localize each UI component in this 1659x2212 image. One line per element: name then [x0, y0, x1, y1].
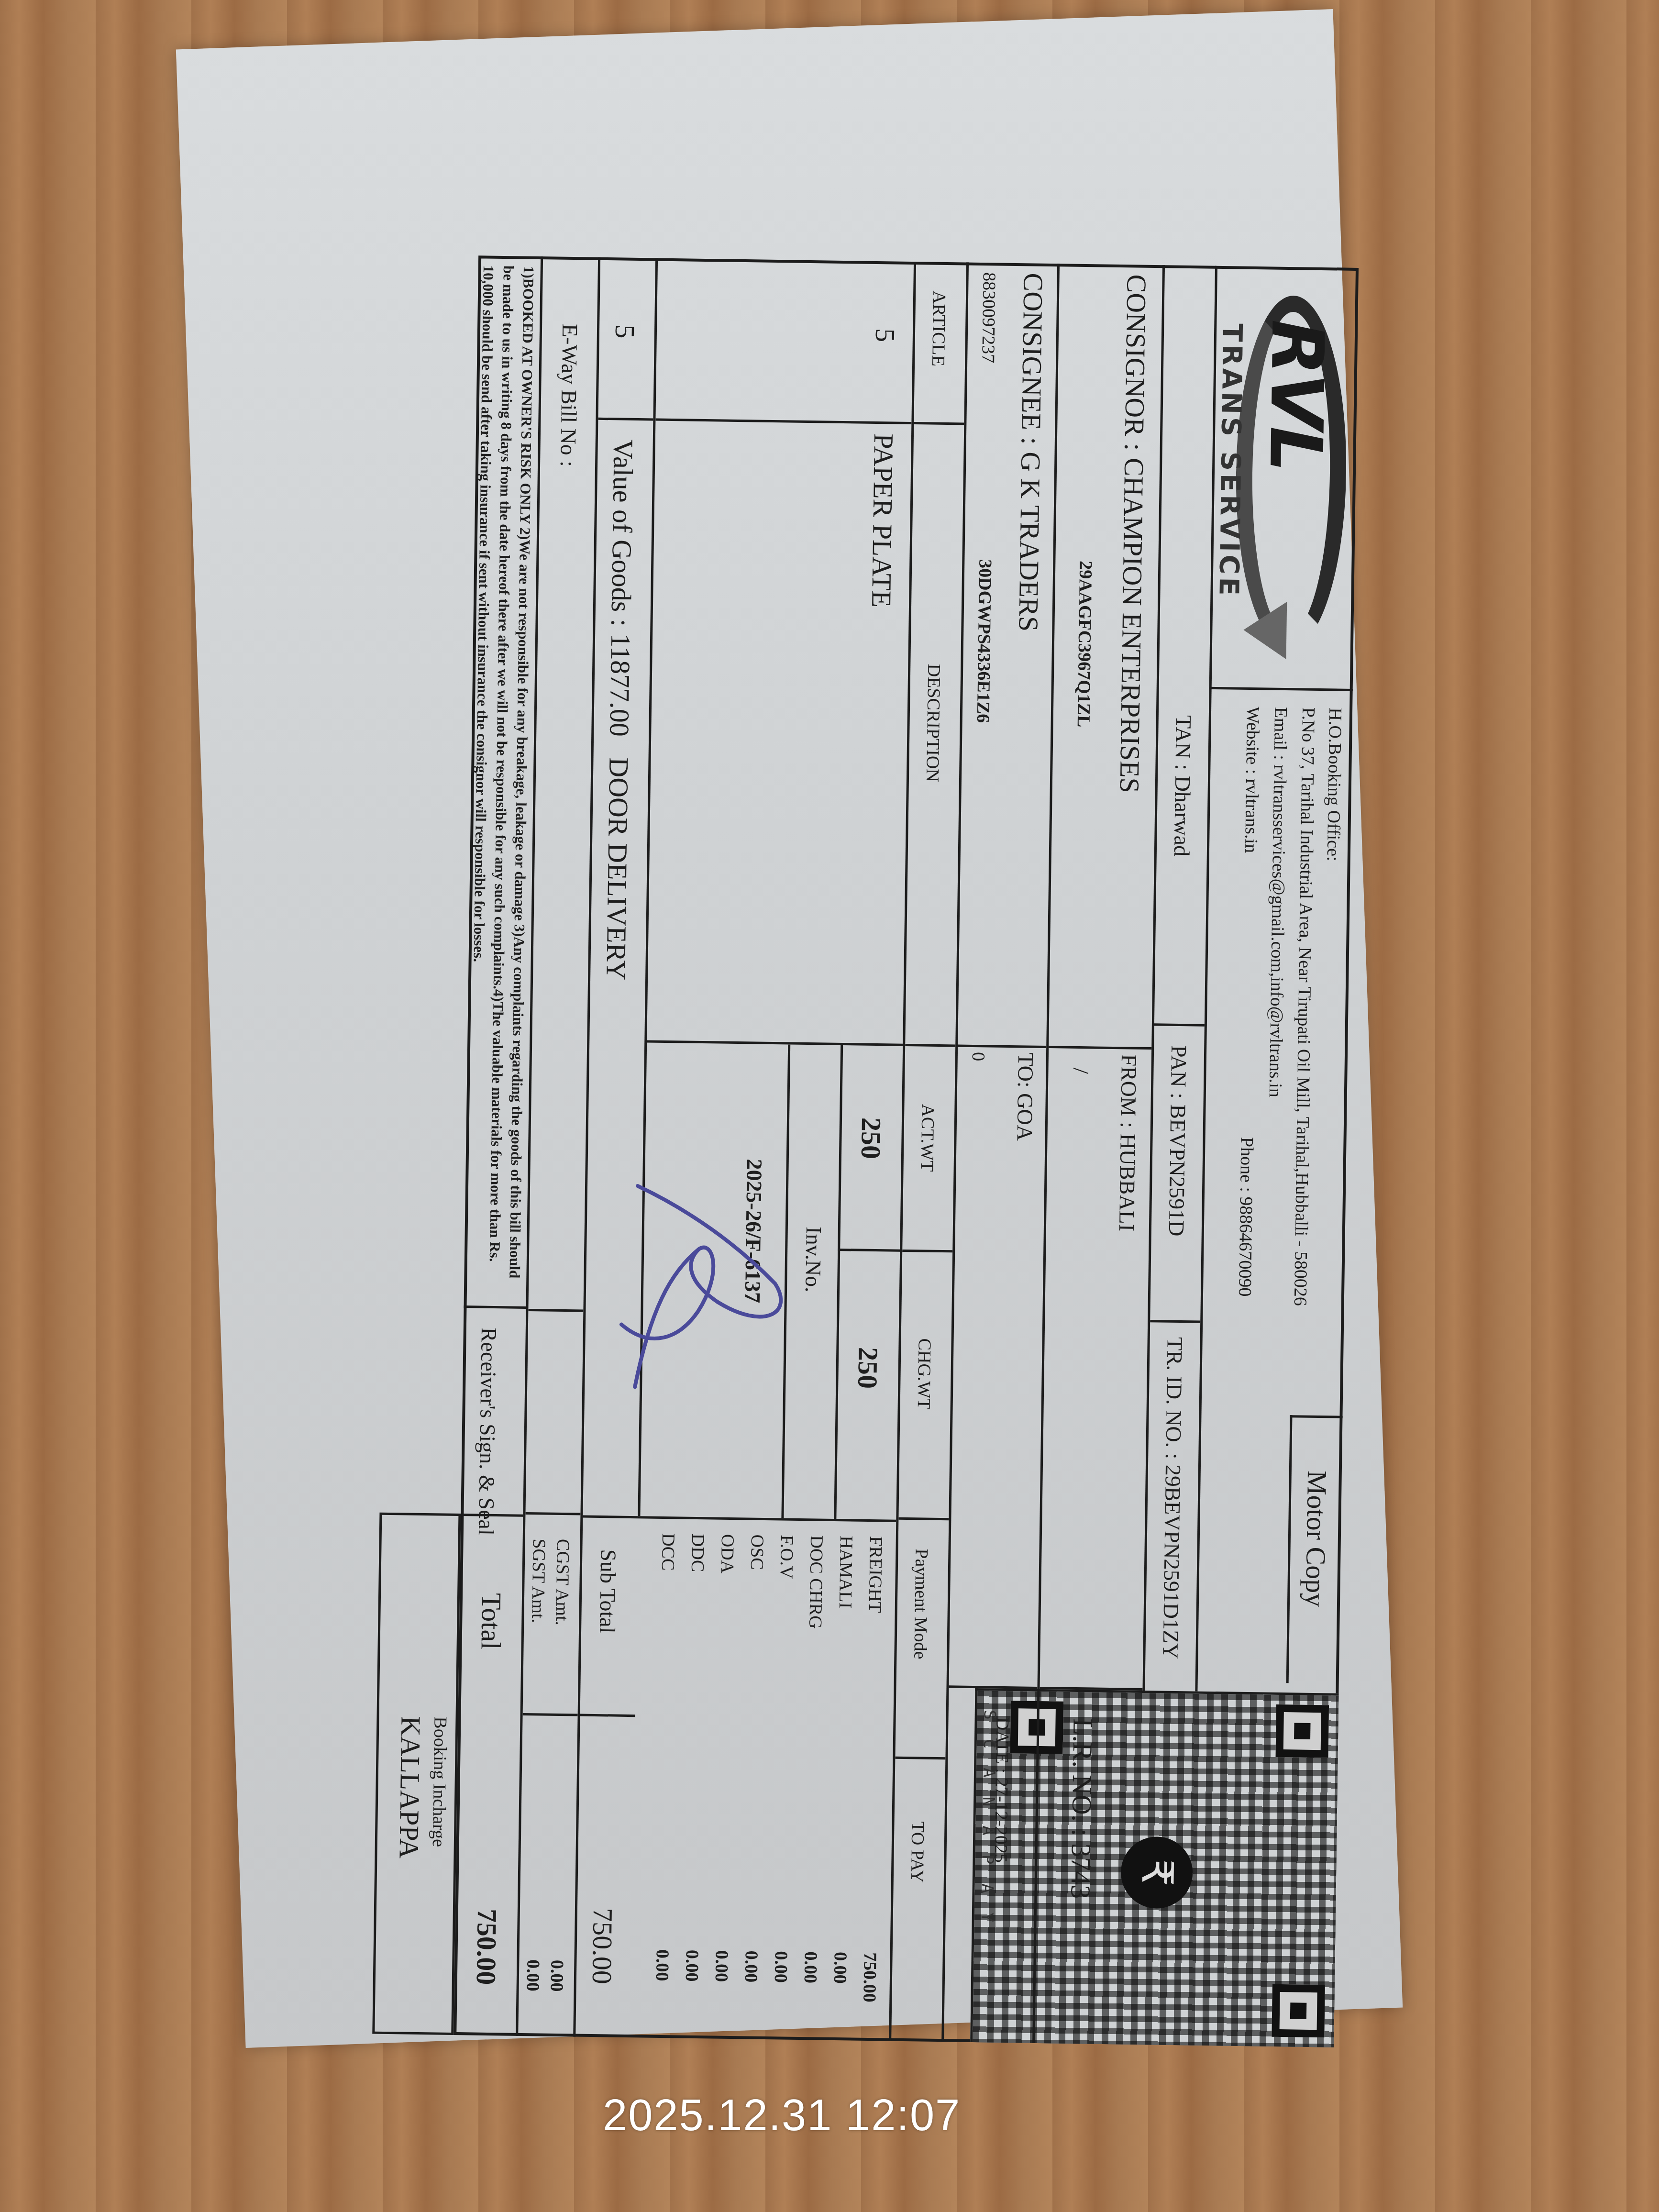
charge-value: 0.00 [652, 1949, 673, 1981]
from-cell: FROM : HUBBALI / [1040, 1048, 1151, 1691]
to-cell: TO: GOA 0 [949, 1047, 1046, 1689]
invoice-label: Inv.No. [800, 1227, 827, 1293]
total-box: Total 750.00 [453, 1514, 523, 2036]
value-of-goods: 11877.00 [604, 633, 636, 737]
charge-label: F.O.V [776, 1535, 797, 1579]
article-header: ARTICLE [914, 262, 966, 425]
charge-label: FREIGHT [864, 1536, 886, 1613]
consignee-cell: CONSIGNEE : G K TRADERS 8830097237 30DGW… [958, 263, 1057, 1048]
from-city: HUBBALI [1115, 1133, 1140, 1231]
charge-value: 0.00 [681, 1950, 703, 1982]
article-count: 5 [869, 328, 901, 343]
lr-no-label: L.R. NO. : [1066, 1718, 1098, 1836]
charge-value: 0.00 [741, 1950, 762, 1982]
chgwt-header: CHG.WT [898, 1252, 952, 1520]
consignee-phone: 8830097237 [977, 272, 1000, 364]
date: 27-12-2025 [990, 1778, 1011, 1863]
actwt-header: ACT.WT [902, 1046, 955, 1252]
consignee-gstin: 30DGWPS4336E1Z6 [973, 559, 996, 723]
booking-incharge-box: Booking Incharge KALLAPPA [372, 1513, 461, 2035]
chgwt-cell: 250 [834, 1251, 900, 1520]
charged-weight: 250 [852, 1347, 884, 1389]
charge-value: 0.00 [770, 1951, 792, 1983]
payment-mode: TO PAY [907, 1821, 929, 1883]
office-label: H.O.Booking Office: [1323, 708, 1346, 862]
booking-incharge-name: KALLAPPA [393, 1716, 427, 1859]
logo-text: RVL [1253, 319, 1338, 471]
charge-label: DCC [657, 1533, 679, 1571]
lorry-receipt: RVL TRANS SERVICE H.O.Booking Office: P.… [453, 255, 1359, 2047]
from-extra: / [1068, 1068, 1094, 1074]
company-website: Website : rvltrans.in [1240, 707, 1263, 853]
charge-label: DDC [687, 1534, 708, 1572]
consignee-name: G K TRADERS [1013, 452, 1046, 632]
booking-incharge-label: Booking Incharge [428, 1716, 451, 1847]
sgst-amount: 0.00 [522, 1959, 544, 1991]
description: PAPER PLATE [865, 433, 900, 608]
tan: TAN : Dharwad [1169, 715, 1196, 857]
charge-value: 750.00 [859, 1952, 880, 2002]
logo-arrow-icon [1243, 601, 1287, 659]
company-email: Email : rvltransservices@gmail.com,info@… [1265, 707, 1291, 1098]
charge-label: OSC [746, 1534, 768, 1570]
company-address: P.No 37, Tarihal Industrial Area, Near T… [1290, 707, 1319, 1306]
eway-bill-label: E-Way Bill No : [555, 324, 583, 467]
to-extra: 0 [968, 1052, 989, 1062]
value-of-goods-label: Value of Goods : [605, 439, 639, 627]
consignor-label: CONSIGNOR : [1119, 274, 1152, 451]
copy-label-box: Motor Copy [1286, 1415, 1343, 1683]
lr-no: 3743 [1065, 1843, 1097, 1899]
total-amount: 750.00 [470, 1908, 503, 1985]
qr-finder-icon [1276, 1704, 1329, 1758]
charge-label: ODA [717, 1534, 738, 1574]
consignor-name: CHAMPION ENTERPRISES [1114, 458, 1150, 794]
payment-mode-label-cell: Payment Mode [895, 1520, 949, 1759]
actwt-cell: 250 [838, 1045, 903, 1252]
delivery-type: DOOR DELIVERY [600, 757, 634, 980]
charge-label: HAMALI [835, 1536, 857, 1609]
consignor-gstin: 29AAGFC3967Q1ZL [1073, 561, 1096, 728]
actual-weight: 250 [855, 1117, 887, 1159]
consignee-label: CONSIGNEE : [1016, 273, 1049, 445]
to-city: GOA [1012, 1093, 1037, 1141]
chgwt-header-label: CHG.WT [913, 1338, 935, 1409]
consignor-cell: CONSIGNOR : CHAMPION ENTERPRISES 29AAGFC… [1049, 264, 1162, 1050]
date-label: DATE : [992, 1717, 1013, 1774]
article-header-label: ARTICLE [928, 290, 950, 366]
charge-label: DOC CHRG [805, 1535, 827, 1629]
logo-subtitle: TRANS SERVICE [1213, 323, 1248, 598]
qr-finder-icon [1272, 1984, 1325, 2038]
charges-list: FREIGHT750.00HAMALI0.00DOC CHRG0.00F.O.V… [630, 1516, 896, 2041]
photo-timestamp: 2025.12.31 12:07 [603, 2090, 961, 2141]
receiver-sign-label: Receiver's Sign. & Seal [474, 1327, 502, 1536]
description-header: DESCRIPTION [905, 424, 964, 1047]
payment-mode-label: Payment Mode [909, 1548, 932, 1659]
from-label: FROM : [1116, 1054, 1141, 1128]
total-label: Total [475, 1593, 508, 1649]
description-header-label: DESCRIPTION [922, 664, 944, 782]
to-label: TO: [1013, 1052, 1038, 1088]
charge-value: 0.00 [800, 1951, 821, 1983]
company-phone: Phone : 98864670090 [1234, 1137, 1258, 1297]
total-articles-cell: 5 [598, 257, 655, 421]
description-cell: PAPER PLATE [647, 421, 911, 1046]
charge-value: 0.00 [711, 1950, 732, 1982]
pan-cell: PAN : BEVPN2591D [1150, 1026, 1205, 1323]
pan: PAN : BEVPN2591D [1164, 1045, 1192, 1237]
company-logo: RVL TRANS SERVICE [1209, 266, 1359, 691]
article-cell: 5 [655, 258, 914, 424]
cgst-amount: 0.00 [546, 1960, 568, 1992]
total-articles: 5 [609, 324, 641, 339]
tan-cell: TAN : Dharwad [1154, 686, 1209, 1026]
charge-value: 0.00 [829, 1952, 851, 1984]
tr-id: TR. ID. NO. : 29BEVPN2591D1ZY [1158, 1337, 1187, 1659]
handwritten-signature [601, 1166, 796, 1418]
actwt-header-label: ACT.WT [917, 1104, 939, 1172]
copy-label: Motor Copy [1299, 1471, 1333, 1607]
sub-total: 750.00 [586, 1908, 619, 1984]
